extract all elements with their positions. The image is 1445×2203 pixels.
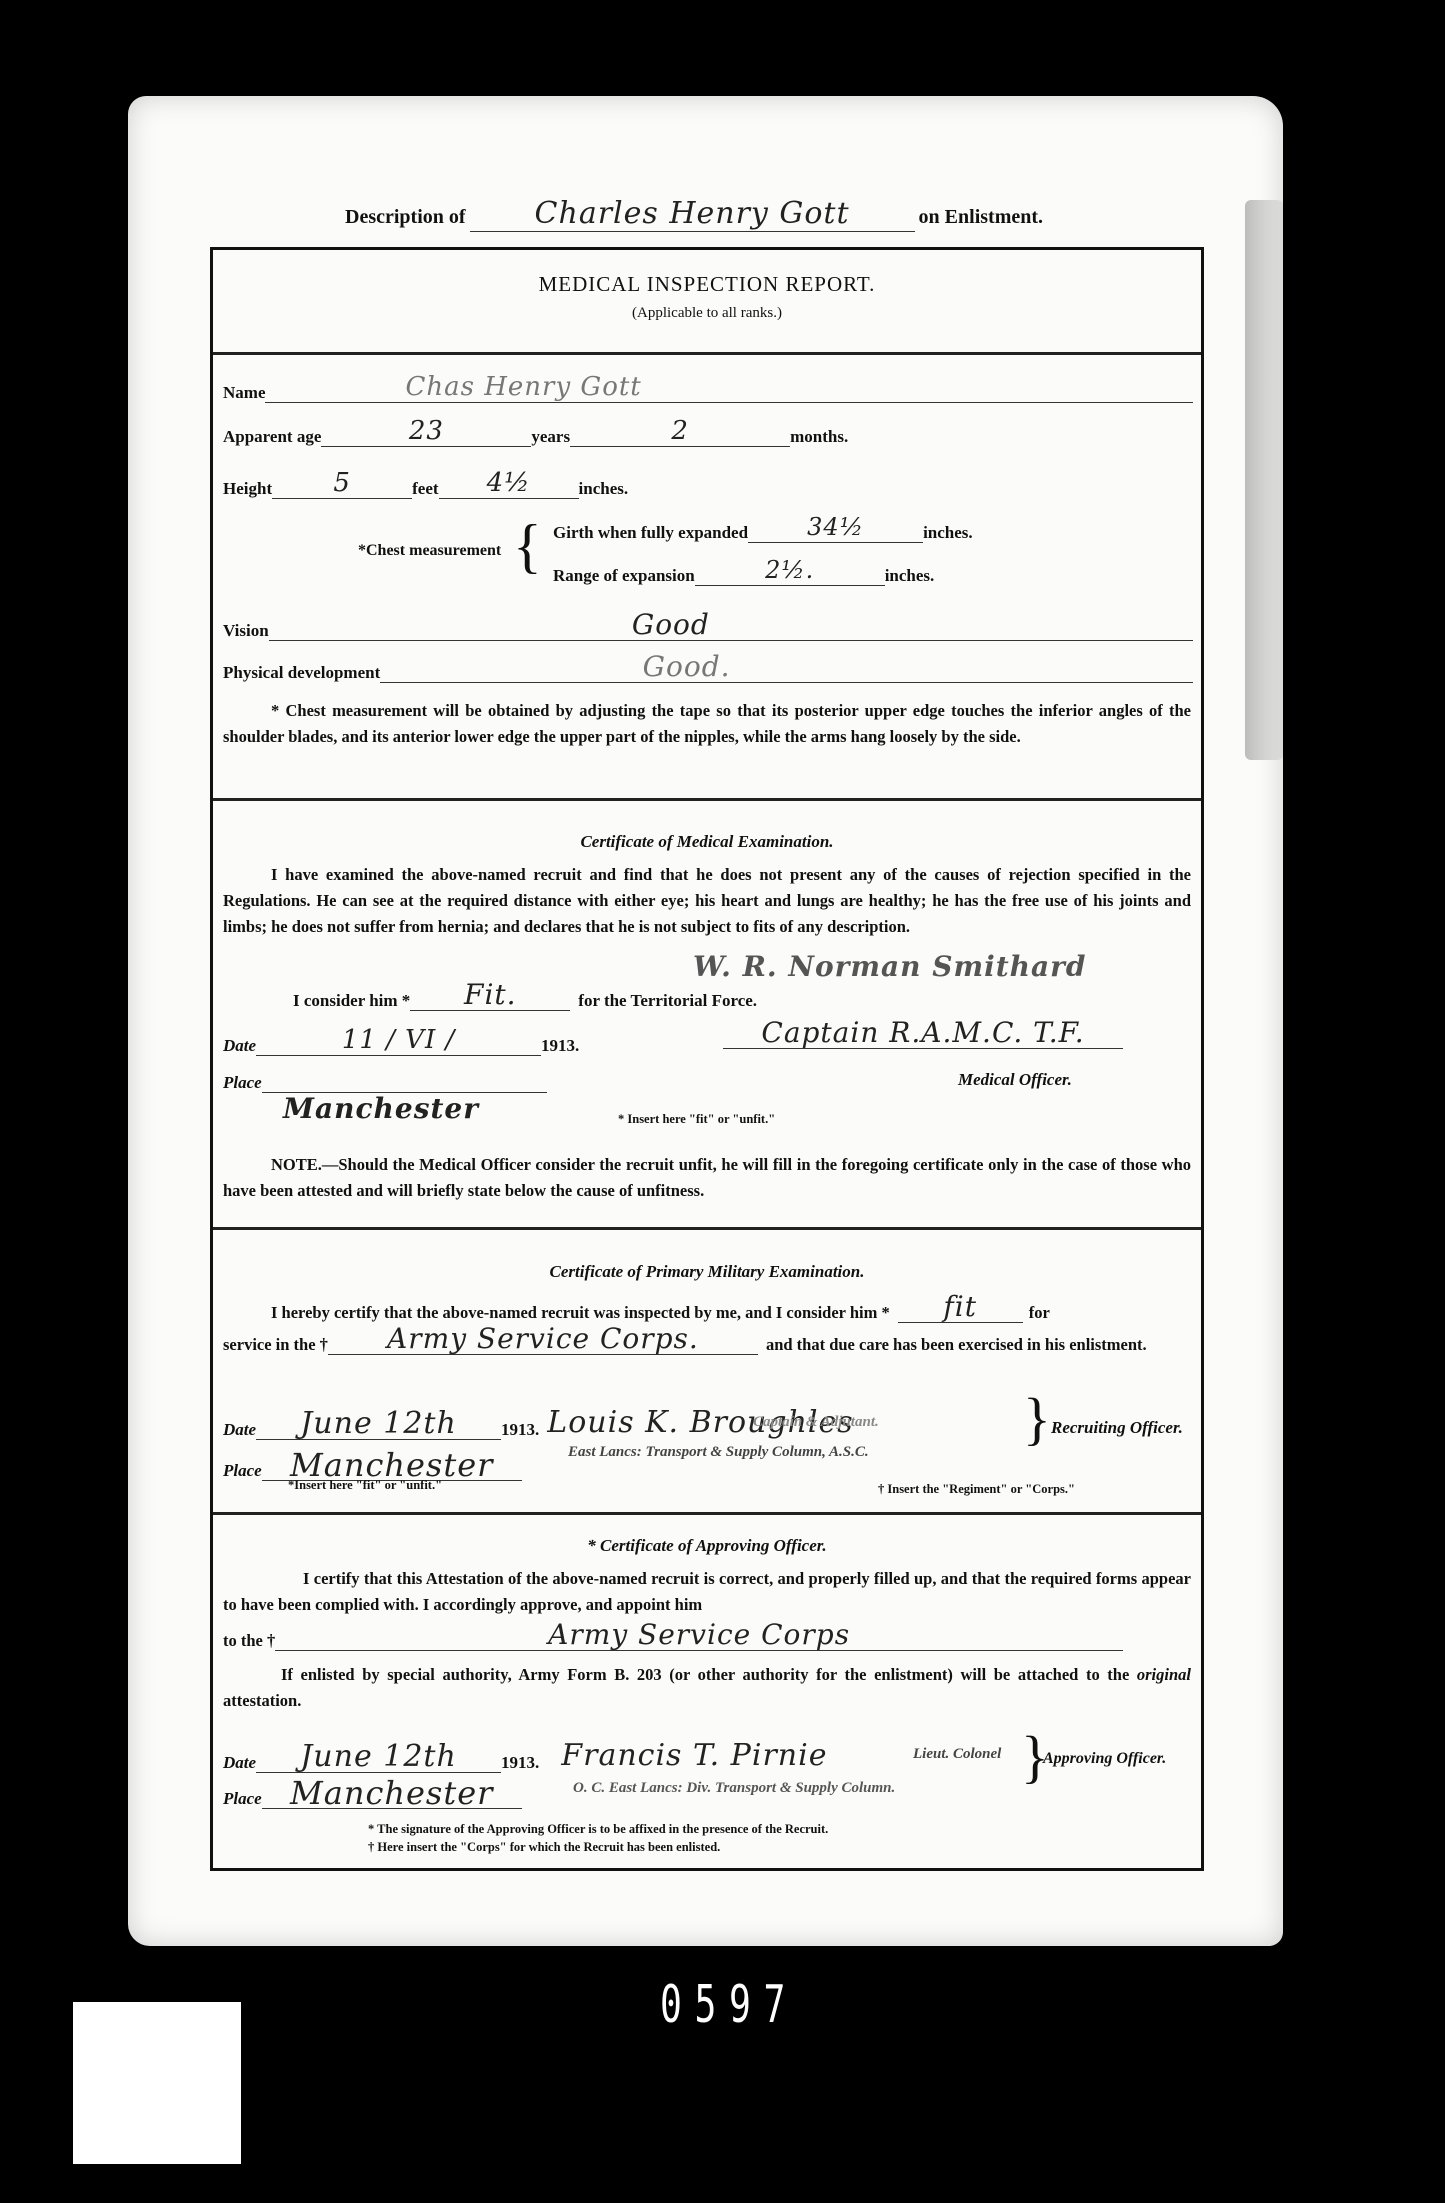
- height-feet-value: 5: [272, 468, 412, 499]
- service-row: service in the † Army Service Corps. and…: [223, 1324, 1193, 1355]
- consider-value: Fit.: [410, 980, 570, 1011]
- approving-certificate-title: * Certificate of Approving Officer.: [213, 1536, 1201, 1556]
- medical-place-row: Place: [223, 1062, 547, 1093]
- name-label: Name: [223, 383, 265, 403]
- approving-corps-value: Army Service Corps: [275, 1620, 1123, 1651]
- original-word: original: [1137, 1665, 1191, 1684]
- recruiting-brace: }: [1023, 1390, 1051, 1448]
- consider-label: I consider him *: [293, 991, 410, 1011]
- chest-brace: {: [513, 512, 542, 581]
- medical-certificate-title: Certificate of Medical Examination.: [213, 832, 1201, 852]
- due-care-text: and that due care has been exercised in …: [766, 1335, 1147, 1355]
- primary-certify-text: I hereby certify that the above-named re…: [223, 1303, 890, 1323]
- approving-officer-label: Approving Officer.: [1043, 1750, 1166, 1768]
- date-label: Date: [223, 1036, 256, 1056]
- place-label: Place: [223, 1073, 262, 1093]
- range-row: Range of expansion 2½. inches.: [553, 555, 934, 586]
- to-the-label: to the †: [223, 1631, 275, 1651]
- approving-place-row: Place Manchester: [223, 1778, 522, 1809]
- medical-officer-rank: Captain R.A.M.C. T.F.: [723, 1018, 1123, 1049]
- age-row: Apparent age 23 years 2 months.: [223, 416, 848, 447]
- medical-date-value: 11 / VI /: [256, 1025, 541, 1056]
- recruiting-stamp-unit: East Lancs: Transport & Supply Column, A…: [568, 1444, 869, 1461]
- primary-certificate-title: Certificate of Primary Military Examinat…: [213, 1262, 1201, 1282]
- place-label: Place: [223, 1789, 262, 1809]
- girth-unit: inches.: [923, 523, 973, 543]
- paper-fold-shadow: [1245, 200, 1283, 760]
- medical-date-row: Date 11 / VI / 1913.: [223, 1025, 579, 1056]
- height-label: Height: [223, 479, 272, 499]
- medical-insert-note: * Insert here "fit" or "unfit.": [618, 1112, 775, 1127]
- medical-officer-note: NOTE.—Should the Medical Officer conside…: [223, 1152, 1191, 1204]
- name-row: Name Chas Henry Gott: [223, 372, 1193, 403]
- report-frame: MEDICAL INSPECTION REPORT. (Applicable t…: [210, 247, 1204, 1871]
- age-months-value: 2: [570, 416, 790, 447]
- medical-officer-signature: W. R. Norman Smithard: [693, 950, 1087, 983]
- physical-development-value: Good.: [380, 652, 1193, 683]
- girth-value: 34½: [748, 512, 923, 543]
- scan-label-patch: [73, 2002, 241, 2164]
- on-enlistment-label: on Enlistment.: [919, 206, 1043, 229]
- service-label: service in the †: [223, 1335, 328, 1355]
- primary-fit-value: fit: [898, 1292, 1023, 1323]
- range-unit: inches.: [885, 566, 935, 586]
- apparent-age-label: Apparent age: [223, 427, 321, 447]
- approving-certificate-body: I certify that this Attestation of the a…: [223, 1566, 1191, 1618]
- age-years-value: 23: [321, 416, 531, 447]
- recruiting-stamp-rank: Captain & Adjutant.: [753, 1414, 879, 1431]
- divider: [213, 352, 1201, 355]
- medical-officer-label: Medical Officer.: [958, 1070, 1072, 1090]
- approving-stamp-rank: Lieut. Colonel: [913, 1746, 1001, 1763]
- height-row: Height 5 feet 4½ inches.: [223, 468, 628, 499]
- place-line: [262, 1062, 547, 1093]
- vision-value: Good: [269, 610, 1193, 641]
- report-title: MEDICAL INSPECTION REPORT.: [213, 272, 1201, 297]
- special-authority-text: If enlisted by special authority, Army F…: [281, 1665, 1137, 1684]
- primary-insert-note: *Insert here "fit" or "unfit.": [288, 1478, 442, 1493]
- physical-row: Physical development Good.: [223, 652, 1193, 683]
- regiment-note: † Insert the "Regiment" or "Corps.": [878, 1482, 1075, 1497]
- territorial-force-label: for the Territorial Force.: [578, 991, 757, 1011]
- date-label: Date: [223, 1420, 256, 1440]
- approving-officer-signature: Francis T. Pirnie: [561, 1738, 827, 1773]
- recruit-name-handwritten: Charles Henry Gott: [470, 196, 915, 232]
- description-header: Description of Charles Henry Gott on Enl…: [345, 196, 1043, 232]
- approving-date-row: Date June 12th 1913. Francis T. Pirnie: [223, 1738, 827, 1773]
- primary-place-row: Place Manchester: [223, 1450, 522, 1481]
- primary-certify-row: I hereby certify that the above-named re…: [223, 1292, 1193, 1323]
- vision-label: Vision: [223, 621, 269, 641]
- medical-certificate-body: I have examined the above-named recruit …: [223, 862, 1191, 940]
- girth-row: Girth when fully expanded 34½ inches.: [553, 512, 973, 543]
- approving-footnote-signature: * The signature of the Approving Officer…: [368, 1822, 828, 1837]
- physical-development-label: Physical development: [223, 663, 380, 683]
- medical-place-value: Manchester: [283, 1092, 479, 1125]
- for-label: for: [1029, 1303, 1050, 1323]
- medical-officer-rank-row: Captain R.A.M.C. T.F.: [723, 1018, 1123, 1049]
- name-value: Chas Henry Gott: [265, 372, 1193, 403]
- chest-measurement-note: * Chest measurement will be obtained by …: [223, 698, 1191, 750]
- vision-row: Vision Good: [223, 610, 1193, 641]
- approving-stamp-unit: O. C. East Lancs: Div. Transport & Suppl…: [573, 1780, 895, 1797]
- recruiting-officer-label: Recruiting Officer.: [1051, 1418, 1183, 1438]
- divider: [213, 1227, 1201, 1230]
- attestation-word: attestation.: [223, 1691, 301, 1710]
- primary-date-value: June 12th: [256, 1409, 501, 1440]
- consider-row: I consider him * Fit. for the Territoria…: [293, 980, 757, 1011]
- divider: [213, 798, 1201, 801]
- approving-date-year: 1913.: [501, 1753, 539, 1773]
- approving-footnote-corps: † Here insert the "Corps" for which the …: [368, 1840, 720, 1855]
- chest-label: *Chest measurement: [358, 542, 501, 560]
- primary-place-value: Manchester: [262, 1450, 522, 1481]
- frame-number: 0597: [660, 1975, 798, 2035]
- primary-corps-value: Army Service Corps.: [328, 1324, 758, 1355]
- place-label: Place: [223, 1461, 262, 1481]
- feet-label: feet: [412, 479, 438, 499]
- approving-place-value: Manchester: [262, 1778, 522, 1809]
- girth-label: Girth when fully expanded: [553, 523, 748, 543]
- to-the-row: to the † Army Service Corps: [223, 1620, 1123, 1651]
- date-label: Date: [223, 1753, 256, 1773]
- special-authority-note: If enlisted by special authority, Army F…: [223, 1662, 1191, 1714]
- report-subtitle: (Applicable to all ranks.): [213, 305, 1201, 322]
- years-label: years: [531, 427, 570, 447]
- range-value: 2½.: [695, 555, 885, 586]
- months-label: months.: [790, 427, 848, 447]
- range-label: Range of expansion: [553, 566, 695, 586]
- height-inches-value: 4½: [439, 468, 579, 499]
- report-heading: MEDICAL INSPECTION REPORT. (Applicable t…: [213, 250, 1201, 352]
- approving-date-value: June 12th: [256, 1742, 501, 1773]
- description-of-label: Description of: [345, 206, 466, 229]
- primary-date-year: 1913.: [501, 1420, 539, 1440]
- inches-label: inches.: [579, 479, 629, 499]
- divider: [213, 1512, 1201, 1515]
- medical-date-year: 1913.: [541, 1036, 579, 1056]
